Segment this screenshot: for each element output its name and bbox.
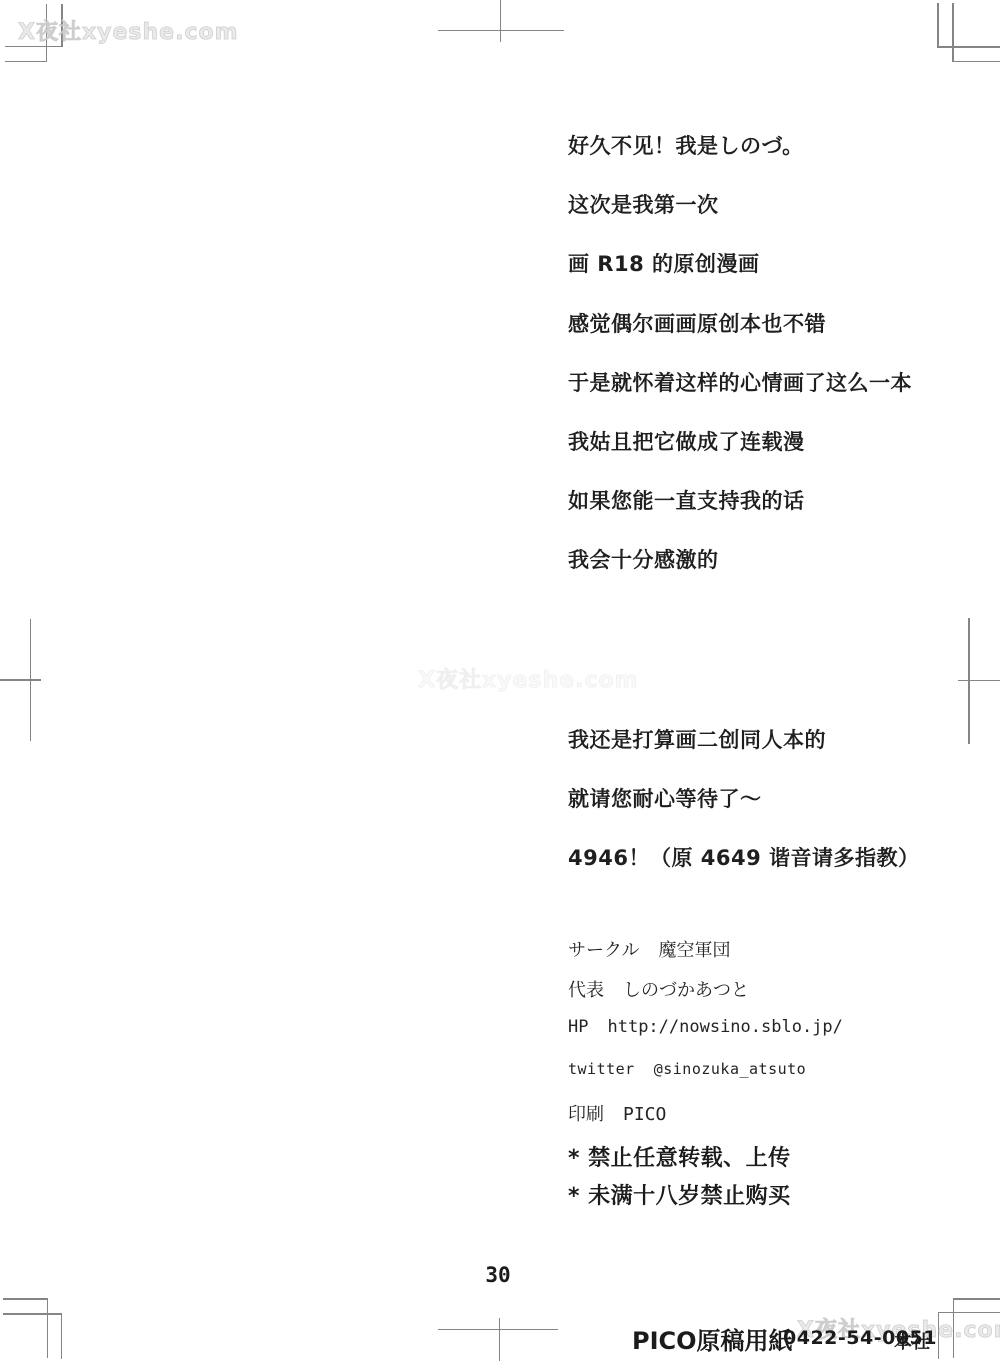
credit-homepage: HPhttp://nowsino.sblo.jp/ bbox=[568, 1017, 843, 1037]
afterword-line: 画 R18 的原创漫画 bbox=[568, 248, 760, 278]
crop-mark-top-right-v2 bbox=[952, 3, 954, 62]
crop-mark-left-middle-h bbox=[0, 679, 41, 681]
credit-twitter-handle: @sinozuka_atsuto bbox=[654, 1060, 807, 1078]
credit-representative-label: 代表 bbox=[568, 980, 604, 1001]
credit-homepage-url: http://nowsino.sblo.jp/ bbox=[607, 1017, 842, 1037]
afterword-line: 我会十分感激的 bbox=[568, 544, 719, 574]
crop-mark-right-middle-h bbox=[958, 680, 1000, 682]
credit-twitter: twitter@sinozuka_atsuto bbox=[568, 1060, 806, 1078]
credit-circle: サークル魔空軍団 bbox=[568, 936, 730, 962]
credit-printer: 印刷PICO bbox=[568, 1100, 666, 1126]
afterword-line: 我姑且把它做成了连载漫 bbox=[568, 426, 805, 456]
credit-circle-label: サークル bbox=[568, 940, 639, 961]
crop-mark-bottom-left-h2 bbox=[3, 1313, 62, 1315]
afterword-line: 感觉偶尔画画原创本也不错 bbox=[568, 308, 826, 338]
crop-mark-right-middle-v bbox=[968, 618, 970, 744]
afterword-line: 我还是打算画二创同人本的 bbox=[568, 724, 826, 754]
credit-homepage-label: HP bbox=[568, 1017, 588, 1037]
crop-mark-top-center-h bbox=[438, 30, 564, 32]
afterword-line: 4946！（原 4649 谐音请多指教） bbox=[568, 842, 920, 872]
crop-mark-bottom-left-h1 bbox=[3, 1298, 48, 1300]
credit-representative-value: しのづかあつと bbox=[623, 980, 749, 1001]
crop-mark-bottom-center-v bbox=[499, 1318, 501, 1361]
watermark-center: X夜社xyeshe.com bbox=[418, 663, 639, 694]
warning-no-repost: * 禁止任意转载、上传 bbox=[568, 1141, 791, 1172]
crop-mark-bottom-right-h1 bbox=[953, 1298, 1000, 1300]
crop-mark-top-right-h1 bbox=[937, 46, 1000, 48]
watermark-top-left: X夜社xyeshe.com bbox=[18, 15, 239, 46]
afterword-line: 这次是我第一次 bbox=[568, 189, 719, 219]
crop-mark-bottom-left-v2 bbox=[61, 1313, 63, 1359]
credit-printer-value: PICO bbox=[623, 1104, 666, 1125]
footer-office: 本社 bbox=[894, 1328, 930, 1354]
afterword-line: 就请您耐心等待了～ bbox=[568, 783, 762, 813]
credit-twitter-label: twitter bbox=[568, 1060, 635, 1078]
crop-mark-top-right-h2 bbox=[952, 61, 1000, 63]
crop-mark-top-center-v bbox=[500, 0, 502, 42]
afterword-line: 好久不见！我是しのづ。 bbox=[568, 130, 804, 160]
footer-brand: PICO原稿用紙 bbox=[632, 1321, 793, 1356]
afterword-line: 于是就怀着这样的心情画了这么一本 bbox=[568, 367, 912, 397]
afterword-line: 如果您能一直支持我的话 bbox=[568, 485, 805, 515]
credit-circle-value: 魔空軍団 bbox=[658, 940, 730, 961]
page-number: 30 bbox=[473, 1263, 523, 1287]
manuscript-afterword-page: X夜社xyeshe.com X夜社xyeshe.com X夜社xyeshe.co… bbox=[0, 0, 1000, 1361]
crop-mark-bottom-left-v1 bbox=[47, 1298, 49, 1358]
warning-adults-only: * 未满十八岁禁止购买 bbox=[568, 1179, 791, 1210]
crop-mark-bottom-center-h bbox=[438, 1329, 558, 1331]
crop-mark-top-left-h2 bbox=[5, 61, 47, 63]
credit-printer-label: 印刷 bbox=[568, 1104, 604, 1125]
crop-mark-top-right-v1 bbox=[937, 3, 939, 47]
credit-representative: 代表しのづかあつと bbox=[568, 976, 749, 1002]
